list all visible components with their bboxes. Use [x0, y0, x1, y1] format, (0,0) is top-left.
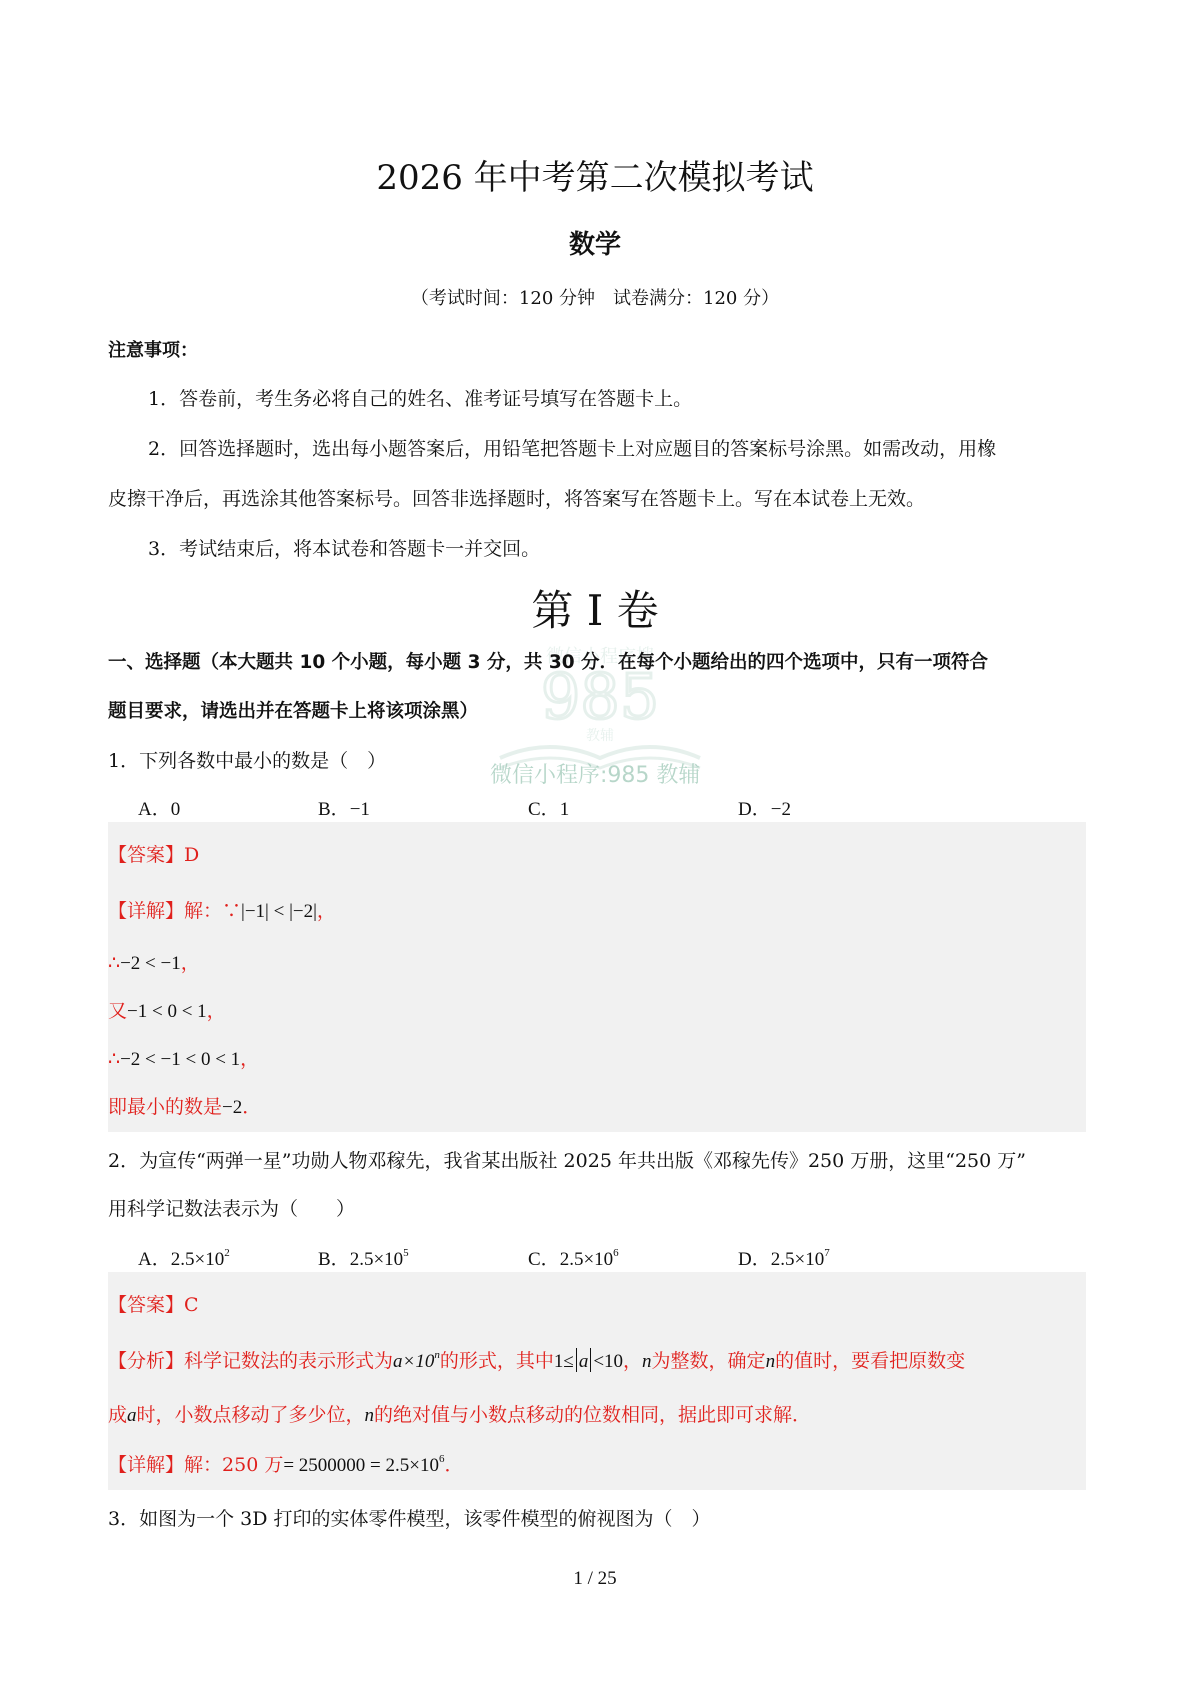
question-1-detail-line-5: 即最小的数是−2．	[108, 1092, 261, 1119]
notice-heading: 注意事项：	[108, 336, 198, 362]
notice-item-3: 3．考试结束后，将本试卷和答题卡一并交回。	[148, 534, 540, 561]
question-2-detail: 【详解】解：250 万= 2500000 = 2.5×106．	[108, 1450, 464, 1477]
question-1-detail-line-2: ∴−2 < −1，	[108, 948, 200, 975]
question-2-answer: 【答案】C	[108, 1290, 199, 1317]
question-2-option-c[interactable]: C．2.5×106	[528, 1244, 619, 1271]
question-2-option-d[interactable]: D．2.5×107	[738, 1244, 830, 1271]
question-1-stem: 1．下列各数中最小的数是（ ）	[108, 746, 386, 773]
question-1-detail-line-3: 又−1 < 0 < 1，	[108, 996, 226, 1023]
notice-item-2: 2．回答选择题时，选出每小题答案后，用铅笔把答题卡上对应题目的答案标号涂黑。如需…	[148, 434, 996, 461]
exam-subject: 数学	[0, 224, 1190, 261]
question-2-stem: 2．为宣传“两弹一星”功勋人物邓稼先，我省某出版社 2025 年共出版《邓稼先传…	[108, 1146, 1026, 1173]
volume-title: 第 I 卷	[0, 578, 1190, 638]
notice-item-1: 1．答卷前，考生务必将自己的姓名、准考证号填写在答题卡上。	[148, 384, 692, 411]
question-1-answer-box	[108, 822, 1086, 1132]
exam-meta: （考试时间：120 分钟 试卷满分：120 分）	[0, 284, 1190, 310]
question-1-option-a[interactable]: A．0	[138, 794, 180, 821]
question-1-detail-line-1: 【详解】解：∵|−1| < |−2|，	[108, 896, 336, 923]
question-1-option-b[interactable]: B．−1	[318, 794, 370, 821]
question-1-detail-line-4: ∴−2 < −1 < 0 < 1，	[108, 1044, 259, 1071]
question-2-option-b[interactable]: B．2.5×105	[318, 1244, 409, 1271]
svg-text:教辅: 教辅	[586, 727, 614, 744]
question-3-stem: 3．如图为一个 3D 打印的实体零件模型，该零件模型的俯视图为（ ）	[108, 1504, 711, 1531]
question-1-answer: 【答案】D	[108, 840, 199, 867]
question-2-stem-cont: 用科学记数法表示为（ ）	[108, 1194, 355, 1221]
question-1-option-c[interactable]: C．1	[528, 794, 569, 821]
watermark-text: 微信小程序:985 教辅	[490, 758, 700, 789]
document-page: 微信小程序搜 985 教辅 微信小程序:985 教辅 2026 年中考第二次模拟…	[0, 0, 1190, 1683]
section-heading-cont: 题目要求，请选出并在答题卡上将该项涂黑）	[108, 697, 478, 723]
section-heading: 一、选择题（本大题共 10 个小题，每小题 3 分，共 30 分．在每个小题给出…	[108, 648, 988, 674]
question-2-analysis-cont: 成a时，小数点移动了多少位，n的绝对值与小数点移动的位数相同，据此即可求解．	[108, 1400, 811, 1427]
question-2-analysis: 【分析】科学记数法的表示形式为a×10n的形式，其中1≤a<10，n为整数，确定…	[108, 1346, 965, 1373]
exam-title: 2026 年中考第二次模拟考试	[0, 150, 1190, 199]
notice-item-2-cont: 皮擦干净后，再选涂其他答案标号。回答非选择题时，将答案写在答题卡上。写在本试卷上…	[108, 484, 925, 511]
question-1-option-d[interactable]: D．−2	[738, 794, 791, 821]
question-2-option-a[interactable]: A．2.5×102	[138, 1244, 230, 1271]
page-number: 1 / 25	[0, 1568, 1190, 1590]
